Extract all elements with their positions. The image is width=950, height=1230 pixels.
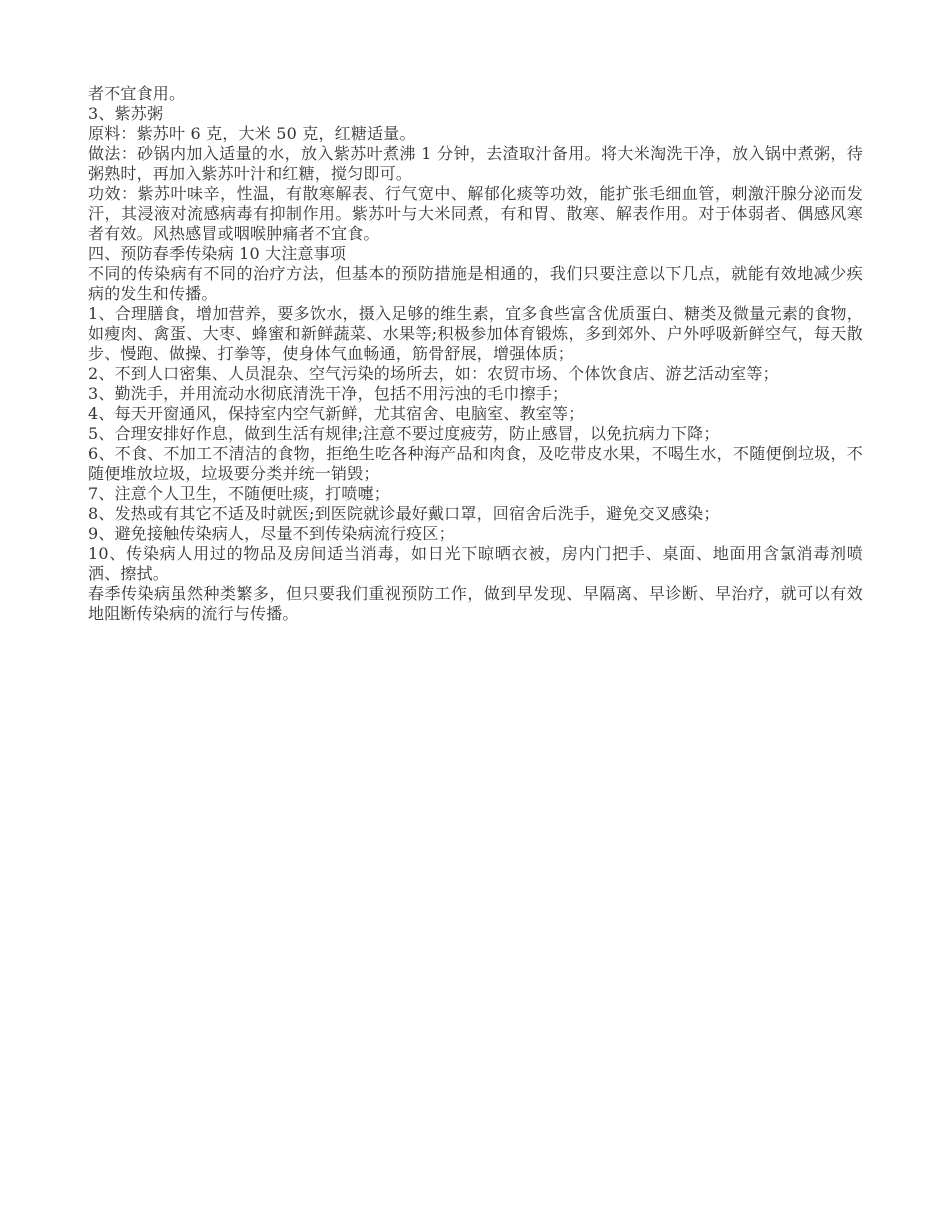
tip-10: 10、传染病人用过的物品及房间适当消毒，如日光下晾晒衣被，房内门把手、桌面、地面… [88,544,863,584]
tip-7: 7、注意个人卫生，不随便吐痰，打喷嚏； [88,484,863,504]
tip-6: 6、不食、不加工不清洁的食物，拒绝生吃各种海产品和肉食，及吃带皮水果，不喝生水，… [88,444,863,484]
clipped-continuation-line: 者不宜食用。 [88,84,863,104]
document-page: 者不宜食用。3、紫苏粥原料：紫苏叶 6 克，大米 50 克，红糖适量。做法：砂锅… [0,0,950,1230]
tip-5: 5、合理安排好作息，做到生活有规律;注意不要过度疲劳，防止感冒，以免抗病力下降； [88,424,863,444]
tip-1: 1、合理膳食，增加营养，要多饮水，摄入足够的维生素，宜多食些富含优质蛋白、糖类及… [88,304,863,364]
section-heading-four: 四、预防春季传染病 10 大注意事项 [88,244,863,264]
closing-paragraph: 春季传染病虽然种类繁多，但只要我们重视预防工作，做到早发现、早隔离、早诊断、早治… [88,584,863,624]
tip-4: 4、每天开窗通风，保持室内空气新鲜，尤其宿舍、电脑室、教室等； [88,404,863,424]
heading-recipe-3-perilla-porridge: 3、紫苏粥 [88,104,863,124]
tip-2: 2、不到人口密集、人员混杂、空气污染的场所去，如：农贸市场、个体饮食店、游艺活动… [88,364,863,384]
tip-8: 8、发热或有其它不适及时就医;到医院就诊最好戴口罩，回宿舍后洗手，避免交叉感染； [88,504,863,524]
recipe-ingredients: 原料：紫苏叶 6 克，大米 50 克，红糖适量。 [88,124,863,144]
tip-3: 3、勤洗手，并用流动水彻底清洗干净，包括不用污浊的毛巾擦手； [88,384,863,404]
recipe-method: 做法：砂锅内加入适量的水，放入紫苏叶煮沸 1 分钟，去渣取汁备用。将大米淘洗干净… [88,144,863,184]
document-body: 者不宜食用。3、紫苏粥原料：紫苏叶 6 克，大米 50 克，红糖适量。做法：砂锅… [88,84,863,624]
section-intro: 不同的传染病有不同的治疗方法，但基本的预防措施是相通的，我们只要注意以下几点，就… [88,264,863,304]
recipe-effect: 功效：紫苏叶味辛，性温，有散寒解表、行气宽中、解郁化痰等功效，能扩张毛细血管，刺… [88,184,863,244]
tip-9: 9、避免接触传染病人，尽量不到传染病流行疫区； [88,524,863,544]
